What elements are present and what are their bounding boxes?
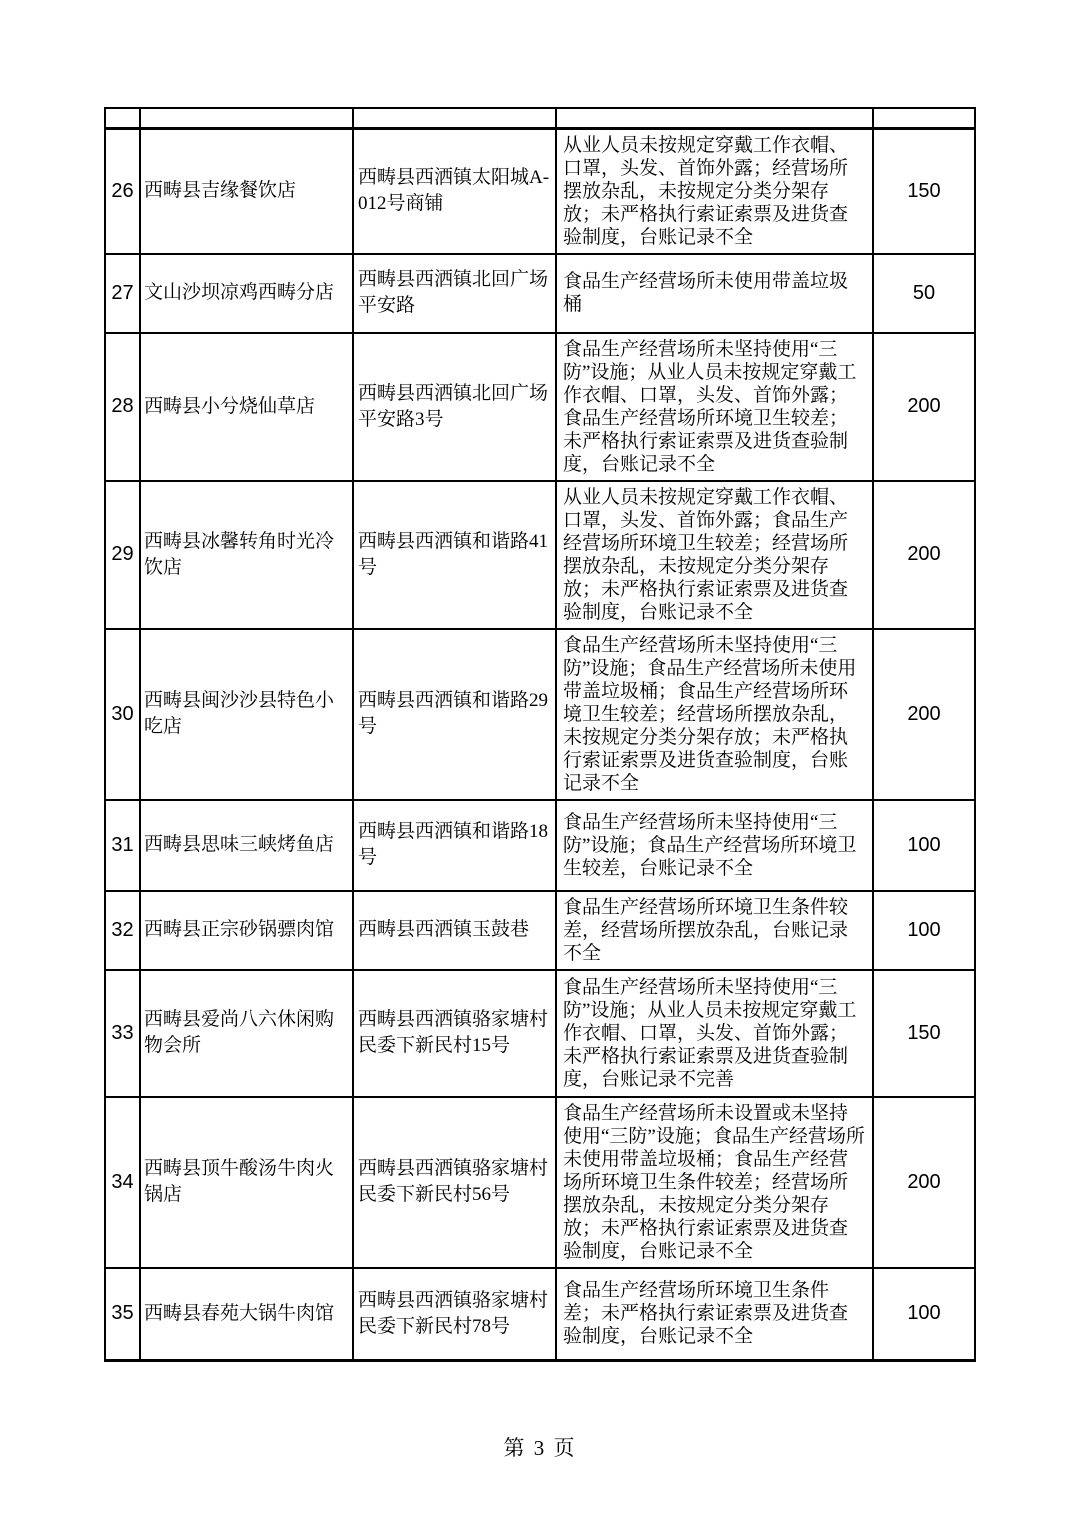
address-cell: 西畴县西洒镇骆家塘村民委下新民村78号 xyxy=(353,1268,556,1361)
row-number-cell: 31 xyxy=(105,800,140,891)
document-page: 26西畴县吉缘餐饮店西畴县西洒镇太阳城A-012号商铺从业人员未按规定穿戴工作衣… xyxy=(0,0,1080,1528)
business-name-cell: 西畴县小兮烧仙草店 xyxy=(140,333,353,481)
business-name-cell: 西畴县冰馨转角时光冷饮店 xyxy=(140,481,353,629)
table-row: 32西畴县正宗砂锅骠肉馆西畴县西洒镇玉鼓巷食品生产经营场所环境卫生条件较差，经营… xyxy=(105,891,975,970)
address-cell: 西畴县西洒镇骆家塘村民委下新民村15号 xyxy=(353,970,556,1097)
table-row: 28西畴县小兮烧仙草店西畴县西洒镇北回广场平安路3号食品生产经营场所未坚持使用“… xyxy=(105,333,975,481)
violation-cell: 食品生产经营场所未坚持使用“三防”设施；从业人员未按规定穿戴工作衣帽、口罩，头发… xyxy=(556,333,873,481)
fine-amount-cell: 100 xyxy=(873,1268,975,1361)
row-number-cell: 35 xyxy=(105,1268,140,1361)
address-cell: 西畴县西洒镇和谐路18号 xyxy=(353,800,556,891)
fine-amount-cell: 200 xyxy=(873,481,975,629)
business-name-cell: 西畴县顶牛酸汤牛肉火锅店 xyxy=(140,1097,353,1268)
address-cell: 西畴县西洒镇和谐路29号 xyxy=(353,629,556,800)
fine-amount-cell: 100 xyxy=(873,800,975,891)
table-row: 35西畴县春苑大锅牛肉馆西畴县西洒镇骆家塘村民委下新民村78号食品生产经营场所环… xyxy=(105,1268,975,1361)
business-name-cell: 西畴县正宗砂锅骠肉馆 xyxy=(140,891,353,970)
violation-cell: 食品生产经营场所环境卫生条件差；未严格执行索证索票及进货查验制度，台账记录不全 xyxy=(556,1268,873,1361)
business-name-cell: 西畴县爱尚八六休闲购物会所 xyxy=(140,970,353,1097)
row-number-cell: 28 xyxy=(105,333,140,481)
row-number-cell: 32 xyxy=(105,891,140,970)
table-row: 30西畴县闽沙沙县特色小吃店西畴县西洒镇和谐路29号食品生产经营场所未坚持使用“… xyxy=(105,629,975,800)
fine-amount-cell: 200 xyxy=(873,333,975,481)
row-number-cell: 30 xyxy=(105,629,140,800)
fragment-cell xyxy=(353,108,556,128)
table-row: 31西畴县思味三峡烤鱼店西畴县西洒镇和谐路18号食品生产经营场所未坚持使用“三防… xyxy=(105,800,975,891)
row-number-cell: 29 xyxy=(105,481,140,629)
business-name-cell: 西畴县春苑大锅牛肉馆 xyxy=(140,1268,353,1361)
fine-amount-cell: 200 xyxy=(873,629,975,800)
violation-cell: 从业人员未按规定穿戴工作衣帽、口罩，头发、首饰外露；食品生产经营场所环境卫生较差… xyxy=(556,481,873,629)
table-row: 26西畴县吉缘餐饮店西畴县西洒镇太阳城A-012号商铺从业人员未按规定穿戴工作衣… xyxy=(105,128,975,254)
address-cell: 西畴县西洒镇太阳城A-012号商铺 xyxy=(353,128,556,254)
violation-cell: 食品生产经营场所未设置或未坚持使用“三防”设施；食品生产经营场所未使用带盖垃圾桶… xyxy=(556,1097,873,1268)
business-name-cell: 西畴县思味三峡烤鱼店 xyxy=(140,800,353,891)
violation-cell: 食品生产经营场所未使用带盖垃圾桶 xyxy=(556,254,873,333)
row-number-cell: 27 xyxy=(105,254,140,333)
penalty-table: 26西畴县吉缘餐饮店西畴县西洒镇太阳城A-012号商铺从业人员未按规定穿戴工作衣… xyxy=(104,107,976,1362)
violation-cell: 食品生产经营场所未坚持使用“三防”设施；食品生产经营场所未使用带盖垃圾桶；食品生… xyxy=(556,629,873,800)
fragment-cell xyxy=(556,108,873,128)
business-name-cell: 西畴县闽沙沙县特色小吃店 xyxy=(140,629,353,800)
table-row: 27文山沙坝凉鸡西畴分店西畴县西洒镇北回广场平安路食品生产经营场所未使用带盖垃圾… xyxy=(105,254,975,333)
violation-cell: 食品生产经营场所环境卫生条件较差，经营场所摆放杂乱，台账记录不全 xyxy=(556,891,873,970)
violation-cell: 食品生产经营场所未坚持使用“三防”设施；食品生产经营场所环境卫生较差，台账记录不… xyxy=(556,800,873,891)
fragment-cell xyxy=(873,108,975,128)
fine-amount-cell: 200 xyxy=(873,1097,975,1268)
table-row: 34西畴县顶牛酸汤牛肉火锅店西畴县西洒镇骆家塘村民委下新民村56号食品生产经营场… xyxy=(105,1097,975,1268)
fine-amount-cell: 150 xyxy=(873,128,975,254)
business-name-cell: 文山沙坝凉鸡西畴分店 xyxy=(140,254,353,333)
address-cell: 西畴县西洒镇北回广场平安路3号 xyxy=(353,333,556,481)
fragment-cell xyxy=(140,108,353,128)
fine-amount-cell: 50 xyxy=(873,254,975,333)
violation-cell: 从业人员未按规定穿戴工作衣帽、口罩，头发、首饰外露；经营场所摆放杂乱，未按规定分… xyxy=(556,128,873,254)
row-number-cell: 34 xyxy=(105,1097,140,1268)
address-cell: 西畴县西洒镇北回广场平安路 xyxy=(353,254,556,333)
row-number-cell: 33 xyxy=(105,970,140,1097)
table-row: 29西畴县冰馨转角时光冷饮店西畴县西洒镇和谐路41号从业人员未按规定穿戴工作衣帽… xyxy=(105,481,975,629)
fine-amount-cell: 150 xyxy=(873,970,975,1097)
address-cell: 西畴县西洒镇骆家塘村民委下新民村56号 xyxy=(353,1097,556,1268)
fine-amount-cell: 100 xyxy=(873,891,975,970)
row-number-cell: 26 xyxy=(105,128,140,254)
address-cell: 西畴县西洒镇玉鼓巷 xyxy=(353,891,556,970)
page-footer: 第 3 页 xyxy=(0,1432,1080,1462)
address-cell: 西畴县西洒镇和谐路41号 xyxy=(353,481,556,629)
table-row: 33西畴县爱尚八六休闲购物会所西畴县西洒镇骆家塘村民委下新民村15号食品生产经营… xyxy=(105,970,975,1097)
fragment-cell xyxy=(105,108,140,128)
violation-cell: 食品生产经营场所未坚持使用“三防”设施；从业人员未按规定穿戴工作衣帽、口罩，头发… xyxy=(556,970,873,1097)
business-name-cell: 西畴县吉缘餐饮店 xyxy=(140,128,353,254)
table-row-fragment xyxy=(105,108,975,128)
penalty-table-body: 26西畴县吉缘餐饮店西畴县西洒镇太阳城A-012号商铺从业人员未按规定穿戴工作衣… xyxy=(105,108,975,1361)
